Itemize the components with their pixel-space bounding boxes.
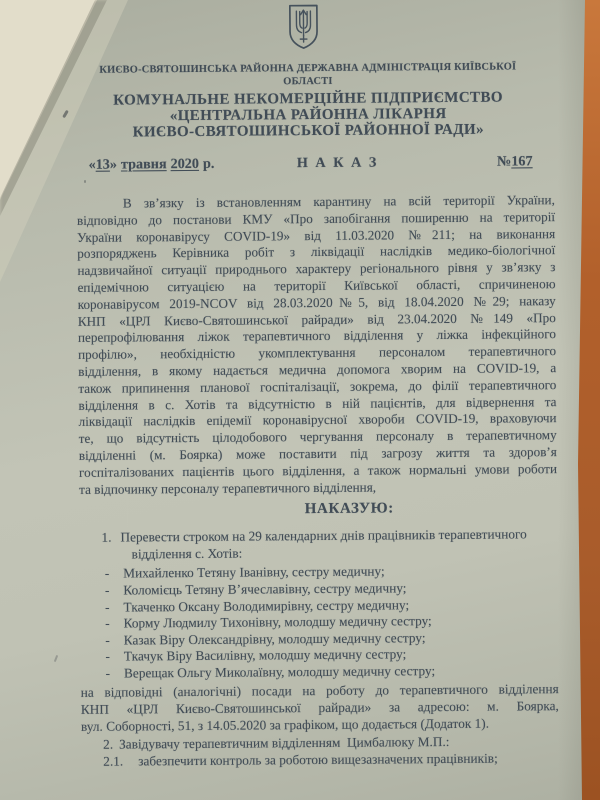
employee-entry: Казак Віру Олександрівну, молодшу медичн… [124,630,426,647]
item-number: 2.1. [103,753,123,768]
list-dash: - [105,649,110,664]
document-meta-row: «13»травня2020р. Н А К А З №167 [77,153,555,175]
item-text: Завідувачу терапевтичним відділенням Цим… [119,734,449,752]
date-year: 2020 [171,156,199,172]
item-text: забезпечити контроль за роботою вищезазн… [138,750,498,768]
item-1-continuation: на відповідні (аналогічні) посади на роб… [81,680,559,736]
employee-entry: Ткаченко Оксану Володимирівну, сестру ме… [123,597,409,614]
order-item-1: 1.Перевести строком на 29 календарних дн… [79,525,557,563]
document-number: №167 [497,153,533,170]
item-number: 2. [103,736,113,751]
list-dash: - [105,566,110,581]
list-dash: - [105,632,110,647]
employee-entry: Коломієць Тетяну В’ячеславівну, сестру м… [123,580,406,597]
ukraine-trident-emblem [288,4,318,50]
employee-entry: Верещак Ольгу Миколаївну, молодшу медичн… [124,663,435,680]
date-day: 13 [96,157,110,173]
number-value: 167 [511,153,532,169]
order-heading: НАКАЗУЮ: [79,498,557,520]
transfer-list: -Михайленко Тетяну Іванівну, сестру меди… [80,562,559,682]
organization-name-line: КИЄВО-СВЯТОШИНСЬКОЇ РАЙОННОЇ РАДИ» [76,121,540,141]
date-era: р. [203,156,215,172]
employee-entry: Михайленко Тетяну Іванівну, сестру медич… [123,564,385,581]
item-number: 1. [101,530,111,545]
list-dash: - [105,616,110,631]
preamble: В зв’язку із встановленням карантину на … [77,192,557,498]
employee-entry: Ткачук Віру Василівну, молодшу медичну с… [124,647,407,664]
list-dash: - [106,666,111,681]
issuing-authority-line: КИЄВО-СВЯТОШИНСЬКА РАЙОННА ДЕРЖАВНА АДМІ… [76,60,540,90]
preamble-line: та відпочинку персоналу терапевтичного в… [79,478,557,499]
photo-of-document: КИЄВО-СВЯТОШИНСЬКА РАЙОННА ДЕРЖАВНА АДМІ… [0,0,600,800]
item-text: Перевести строком на 29 календарних днів… [120,527,526,562]
order-document: КИЄВО-СВЯТОШИНСЬКА РАЙОННА ДЕРЖАВНА АДМІ… [75,0,559,770]
number-sign: № [497,153,511,169]
document-date: «13»травня2020р. [89,156,215,174]
quote-close: » [110,157,117,173]
list-dash: - [105,583,110,598]
document-header: КИЄВО-СВЯТОШИНСЬКА РАЙОННА ДЕРЖАВНА АДМІ… [76,60,555,141]
document-type-title: Н А К А З [297,155,379,173]
list-dash: - [105,599,110,614]
employee-entry: Корму Людмилу Тихонівну, молодшу медичну… [124,613,432,630]
date-month: травня [121,156,167,172]
